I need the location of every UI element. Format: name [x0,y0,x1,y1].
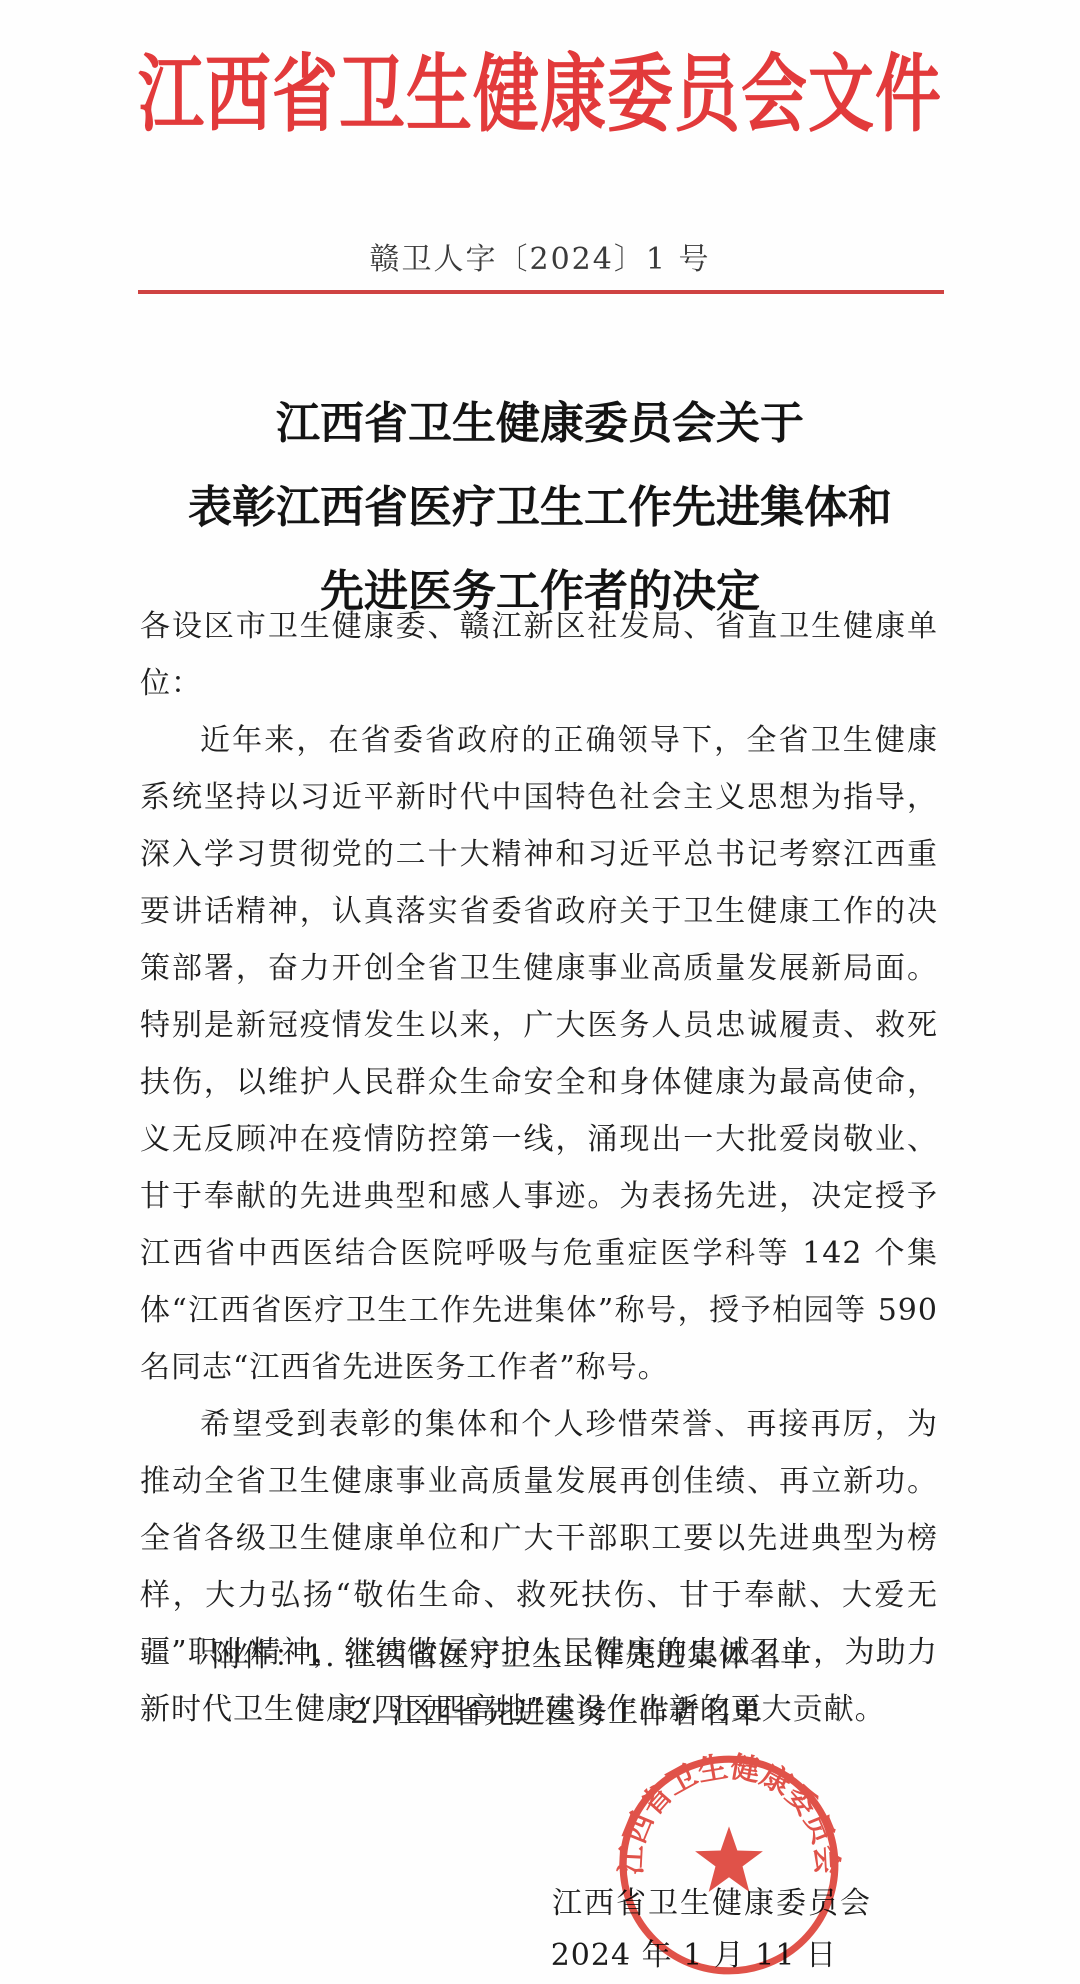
official-document-page: 江西省卫生健康委员会文件 赣卫人字〔2024〕1 号 江西省卫生健康委员会关于 … [0,0,1080,1984]
document-title-line-2: 表彰江西省医疗卫生工作先进集体和 [0,466,1080,550]
document-date: 2024 年 1 月 11 日 [551,1930,837,1974]
attachments-block: 附件：1. 江西省医疗卫生工作先进集体名单 2. 江西省先进医务工作者名单 [140,1628,938,1742]
attachments-label: 附件： [212,1639,305,1674]
issuing-authority-signature: 江西省卫生健康委员会 [552,1878,872,1922]
attachment-item-1: 1. 江西省医疗卫生工作先进集体名单 [305,1639,811,1674]
attachment-line-1: 附件：1. 江西省医疗卫生工作先进集体名单 [140,1628,938,1685]
document-title: 江西省卫生健康委员会关于 表彰江西省医疗卫生工作先进集体和 先进医务工作者的决定 [0,382,1080,634]
document-number: 赣卫人字〔2024〕1 号 [0,234,1080,278]
document-body: 各设区市卫生健康委、赣江新区社发局、省直卫生健康单位： 近年来，在省委省政府的正… [140,598,938,1738]
salutation-line: 各设区市卫生健康委、赣江新区社发局、省直卫生健康单位： [140,598,938,712]
body-paragraph-1: 近年来，在省委省政府的正确领导下，全省卫生健康系统坚持以习近平新时代中国特色社会… [140,712,938,1396]
attachment-item-2: 2. 江西省先进医务工作者名单 [140,1685,938,1742]
document-title-line-1: 江西省卫生健康委员会关于 [0,382,1080,466]
red-divider-rule [138,290,944,294]
letterhead-title: 江西省卫生健康委员会文件 [0,26,1080,148]
seal-curved-text: 江西省卫生健康委员会 [616,1752,842,1876]
